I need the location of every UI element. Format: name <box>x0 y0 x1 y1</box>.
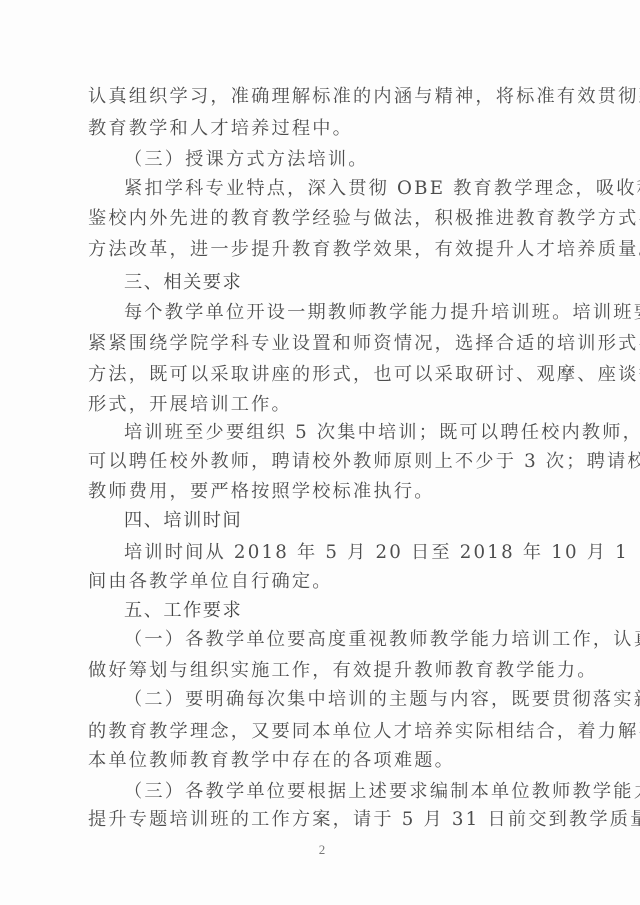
paragraph-line: 做好筹划与组织实施工作，有效提升教师教育教学能力。 <box>88 656 568 686</box>
page-number: 2 <box>314 842 330 858</box>
section-heading-training-time: 四、培训时间 <box>124 506 604 536</box>
paragraph-line: 本单位教师教育教学中存在的各项难题。 <box>88 746 568 776</box>
paragraph-line: 认真组织学习，准确理解标准的内涵与精神，将标准有效贯彻到 <box>88 82 568 112</box>
paragraph-line: 紧紧围绕学院学科专业设置和师资情况，选择合适的培训形式与 <box>88 329 568 359</box>
paragraph-line: （二）要明确每次集中培训的主题与内容，既要贯彻落实新 <box>124 685 604 715</box>
section-heading-work-requirements: 五、工作要求 <box>124 596 604 626</box>
paragraph-line: 教育教学和人才培养过程中。 <box>88 114 568 144</box>
paragraph-line: 提升专题培训班的工作方案，请于 5 月 31 日前交到教学质量评 <box>88 805 568 835</box>
paragraph-line: 每个教学单位开设一期教师教学能力提升培训班。培训班要 <box>124 298 604 328</box>
paragraph-line: 形式，开展培训工作。 <box>88 390 568 420</box>
paragraph-line: 鉴校内外先进的教育教学经验与做法，积极推进教育教学方式与 <box>88 204 568 234</box>
paragraph-line: 方法，既可以采取讲座的形式，也可以采取研讨、观摩、座谈等 <box>88 360 568 390</box>
subsection-title: （三）授课方式方法培训。 <box>124 145 604 175</box>
paragraph-line: 教师费用，要严格按照学校标准执行。 <box>88 477 568 507</box>
paragraph-line: 的教育教学理念，又要同本单位人才培养实际相结合，着力解决 <box>88 717 568 747</box>
paragraph-line: 间由各教学单位自行确定。 <box>88 567 568 597</box>
paragraph-line: 可以聘任校外教师，聘请校外教师原则上不少于 3 次；聘请校外 <box>88 447 568 477</box>
document-page: 认真组织学习，准确理解标准的内涵与精神，将标准有效贯彻到 教育教学和人才培养过程… <box>0 0 640 905</box>
paragraph-line: （一）各教学单位要高度重视教师教学能力培训工作，认真 <box>124 625 604 655</box>
paragraph-line: （三）各教学单位要根据上述要求编制本单位教师教学能力 <box>124 777 604 807</box>
section-heading-requirements: 三、相关要求 <box>124 268 604 298</box>
paragraph-line: 方法改革，进一步提升教育教学效果，有效提升人才培养质量。 <box>88 235 568 265</box>
paragraph-line: 培训时间从 2018 年 5 月 20 日至 2018 年 10 月 1 日，具… <box>124 538 604 568</box>
paragraph-line: 紧扣学科专业特点，深入贯彻 OBE 教育教学理念，吸收和借 <box>124 174 604 204</box>
paragraph-line: 培训班至少要组织 5 次集中培训；既可以聘任校内教师，也 <box>124 418 604 448</box>
